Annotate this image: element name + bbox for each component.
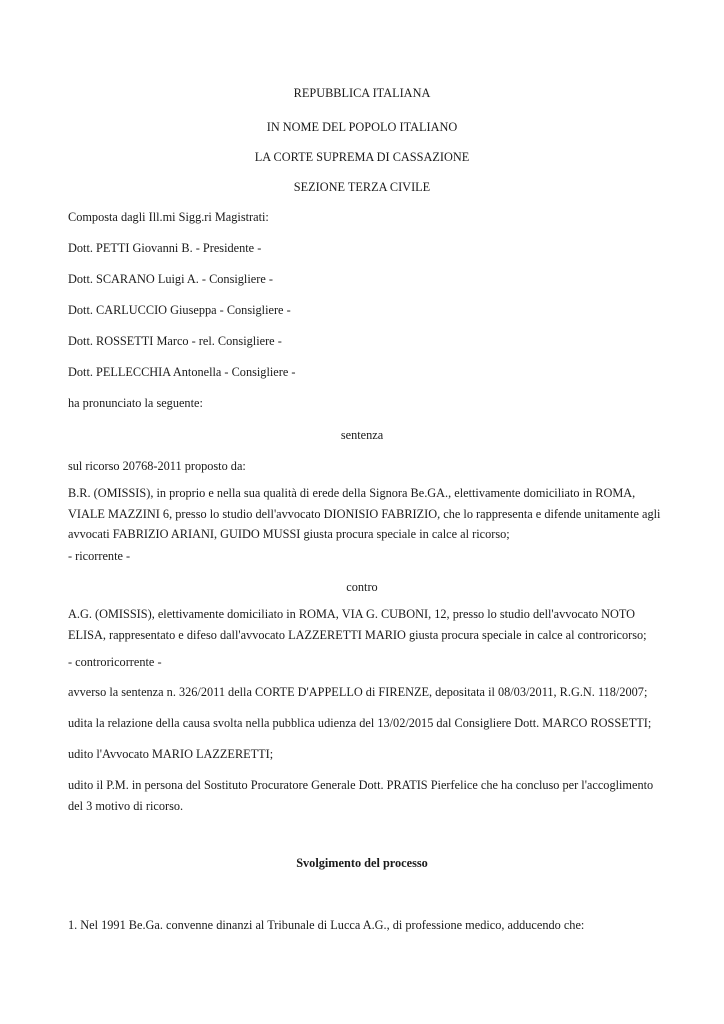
against-label: contro	[0, 577, 724, 597]
against-ruling: avverso la sentenza n. 326/2011 della CO…	[68, 682, 663, 702]
judge-1: Dott. PETTI Giovanni B. - Presidente -	[68, 238, 663, 258]
judge-4: Dott. ROSSETTI Marco - rel. Consigliere …	[68, 331, 663, 351]
header-republic: REPUBBLICA ITALIANA	[0, 83, 724, 103]
judge-3: Dott. CARLUCCIO Giuseppa - Consigliere -	[68, 300, 663, 320]
appeal-intro: sul ricorso 20768-2011 proposto da:	[68, 456, 663, 476]
prosecutor-paragraph: udito il P.M. in persona del Sostituto P…	[68, 775, 663, 816]
appellant-paragraph: B.R. (OMISSIS), in proprio e nella sua q…	[68, 483, 663, 545]
hearing-report: udita la relazione della causa svolta ne…	[68, 713, 663, 733]
respondent-paragraph: A.G. (OMISSIS), elettivamente domiciliat…	[68, 604, 663, 645]
pronounced-text: ha pronunciato la seguente:	[68, 393, 663, 413]
sentence-label: sentenza	[0, 425, 724, 445]
lawyer-heard: udito l'Avvocato MARIO LAZZERETTI;	[68, 744, 663, 764]
section-title: Svolgimento del processo	[0, 853, 724, 873]
header-people: IN NOME DEL POPOLO ITALIANO	[0, 117, 724, 137]
respondent-role: - controricorrente -	[68, 652, 663, 672]
appellant-role: - ricorrente -	[68, 546, 663, 566]
judge-5: Dott. PELLECCHIA Antonella - Consigliere…	[68, 362, 663, 382]
header-court: LA CORTE SUPREMA DI CASSAZIONE	[0, 147, 724, 167]
composition-intro: Composta dagli Ill.mi Sigg.ri Magistrati…	[68, 207, 663, 227]
header-section: SEZIONE TERZA CIVILE	[0, 177, 724, 197]
first-paragraph: 1. Nel 1991 Be.Ga. convenne dinanzi al T…	[68, 915, 663, 935]
judge-2: Dott. SCARANO Luigi A. - Consigliere -	[68, 269, 663, 289]
